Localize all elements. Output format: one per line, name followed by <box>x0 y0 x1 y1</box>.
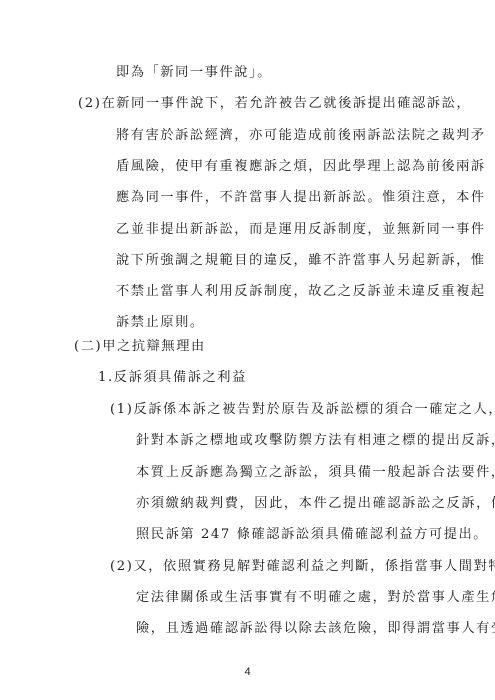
page-number: 4 <box>0 666 495 678</box>
text-line: 將有害於訴訟經濟，亦可能造成前後兩訴訟法院之裁判矛 <box>116 128 486 144</box>
text-line: (二)甲之抗辯無理由 <box>74 339 206 355</box>
text-line: 本質上反訴應為獨立之訴訟，須具備一般起訴合法要件， <box>136 465 495 481</box>
text-line: (1)反訴係本訴之被告對於原告及訴訟標的須合一確定之人， <box>110 402 495 418</box>
text-line: 即為「新同一事件說」。 <box>116 65 272 81</box>
text-line: 乙並非提出新訴訟，而是運用反訴制度，並無新同一事件 <box>116 222 486 238</box>
text-line: 針對本訴之標地或攻擊防禦方法有相連之標的提出反訴， <box>136 433 495 449</box>
text-line: (2)在新同一事件說下，若允許被告乙就後訴提出確認訴訟， <box>78 96 471 112</box>
text-line: 訴禁止原則。 <box>116 315 205 331</box>
text-line: 1.反訴須具備訴之利益 <box>98 370 247 386</box>
text-line: 照民訴第 247 條確認訴訟須具備確認利益方可提出。 <box>136 527 488 543</box>
text-line: 險，且透過確認訴訟得以除去該危險，即得謂當事人有受 <box>136 621 495 637</box>
text-line: 亦須繳納裁判費，因此，本件乙提出確認訴訟之反訴，依 <box>136 496 495 512</box>
text-line: 應為同一事件，不許當事人提出新訴訟。惟須注意，本件 <box>116 190 486 206</box>
text-line: 說下所強調之規範目的違反，雖不許當事人另起新訴，惟 <box>116 253 486 269</box>
text-line: 不禁止當事人利用反訴制度，故乙之反訴並未違反重複起 <box>116 284 486 300</box>
text-line: (2)又，依照實務見解對確認利益之判斷，係指當事人間對特 <box>110 559 495 575</box>
text-line: 定法律關係或生活事實有不明確之處，對於當事人產生危 <box>136 590 495 606</box>
document-page: 即為「新同一事件說」。(2)在新同一事件說下，若允許被告乙就後訴提出確認訴訟，將… <box>0 0 495 700</box>
text-line: 盾風險，使甲有重複應訴之煩，因此學理上認為前後兩訴 <box>116 159 486 175</box>
